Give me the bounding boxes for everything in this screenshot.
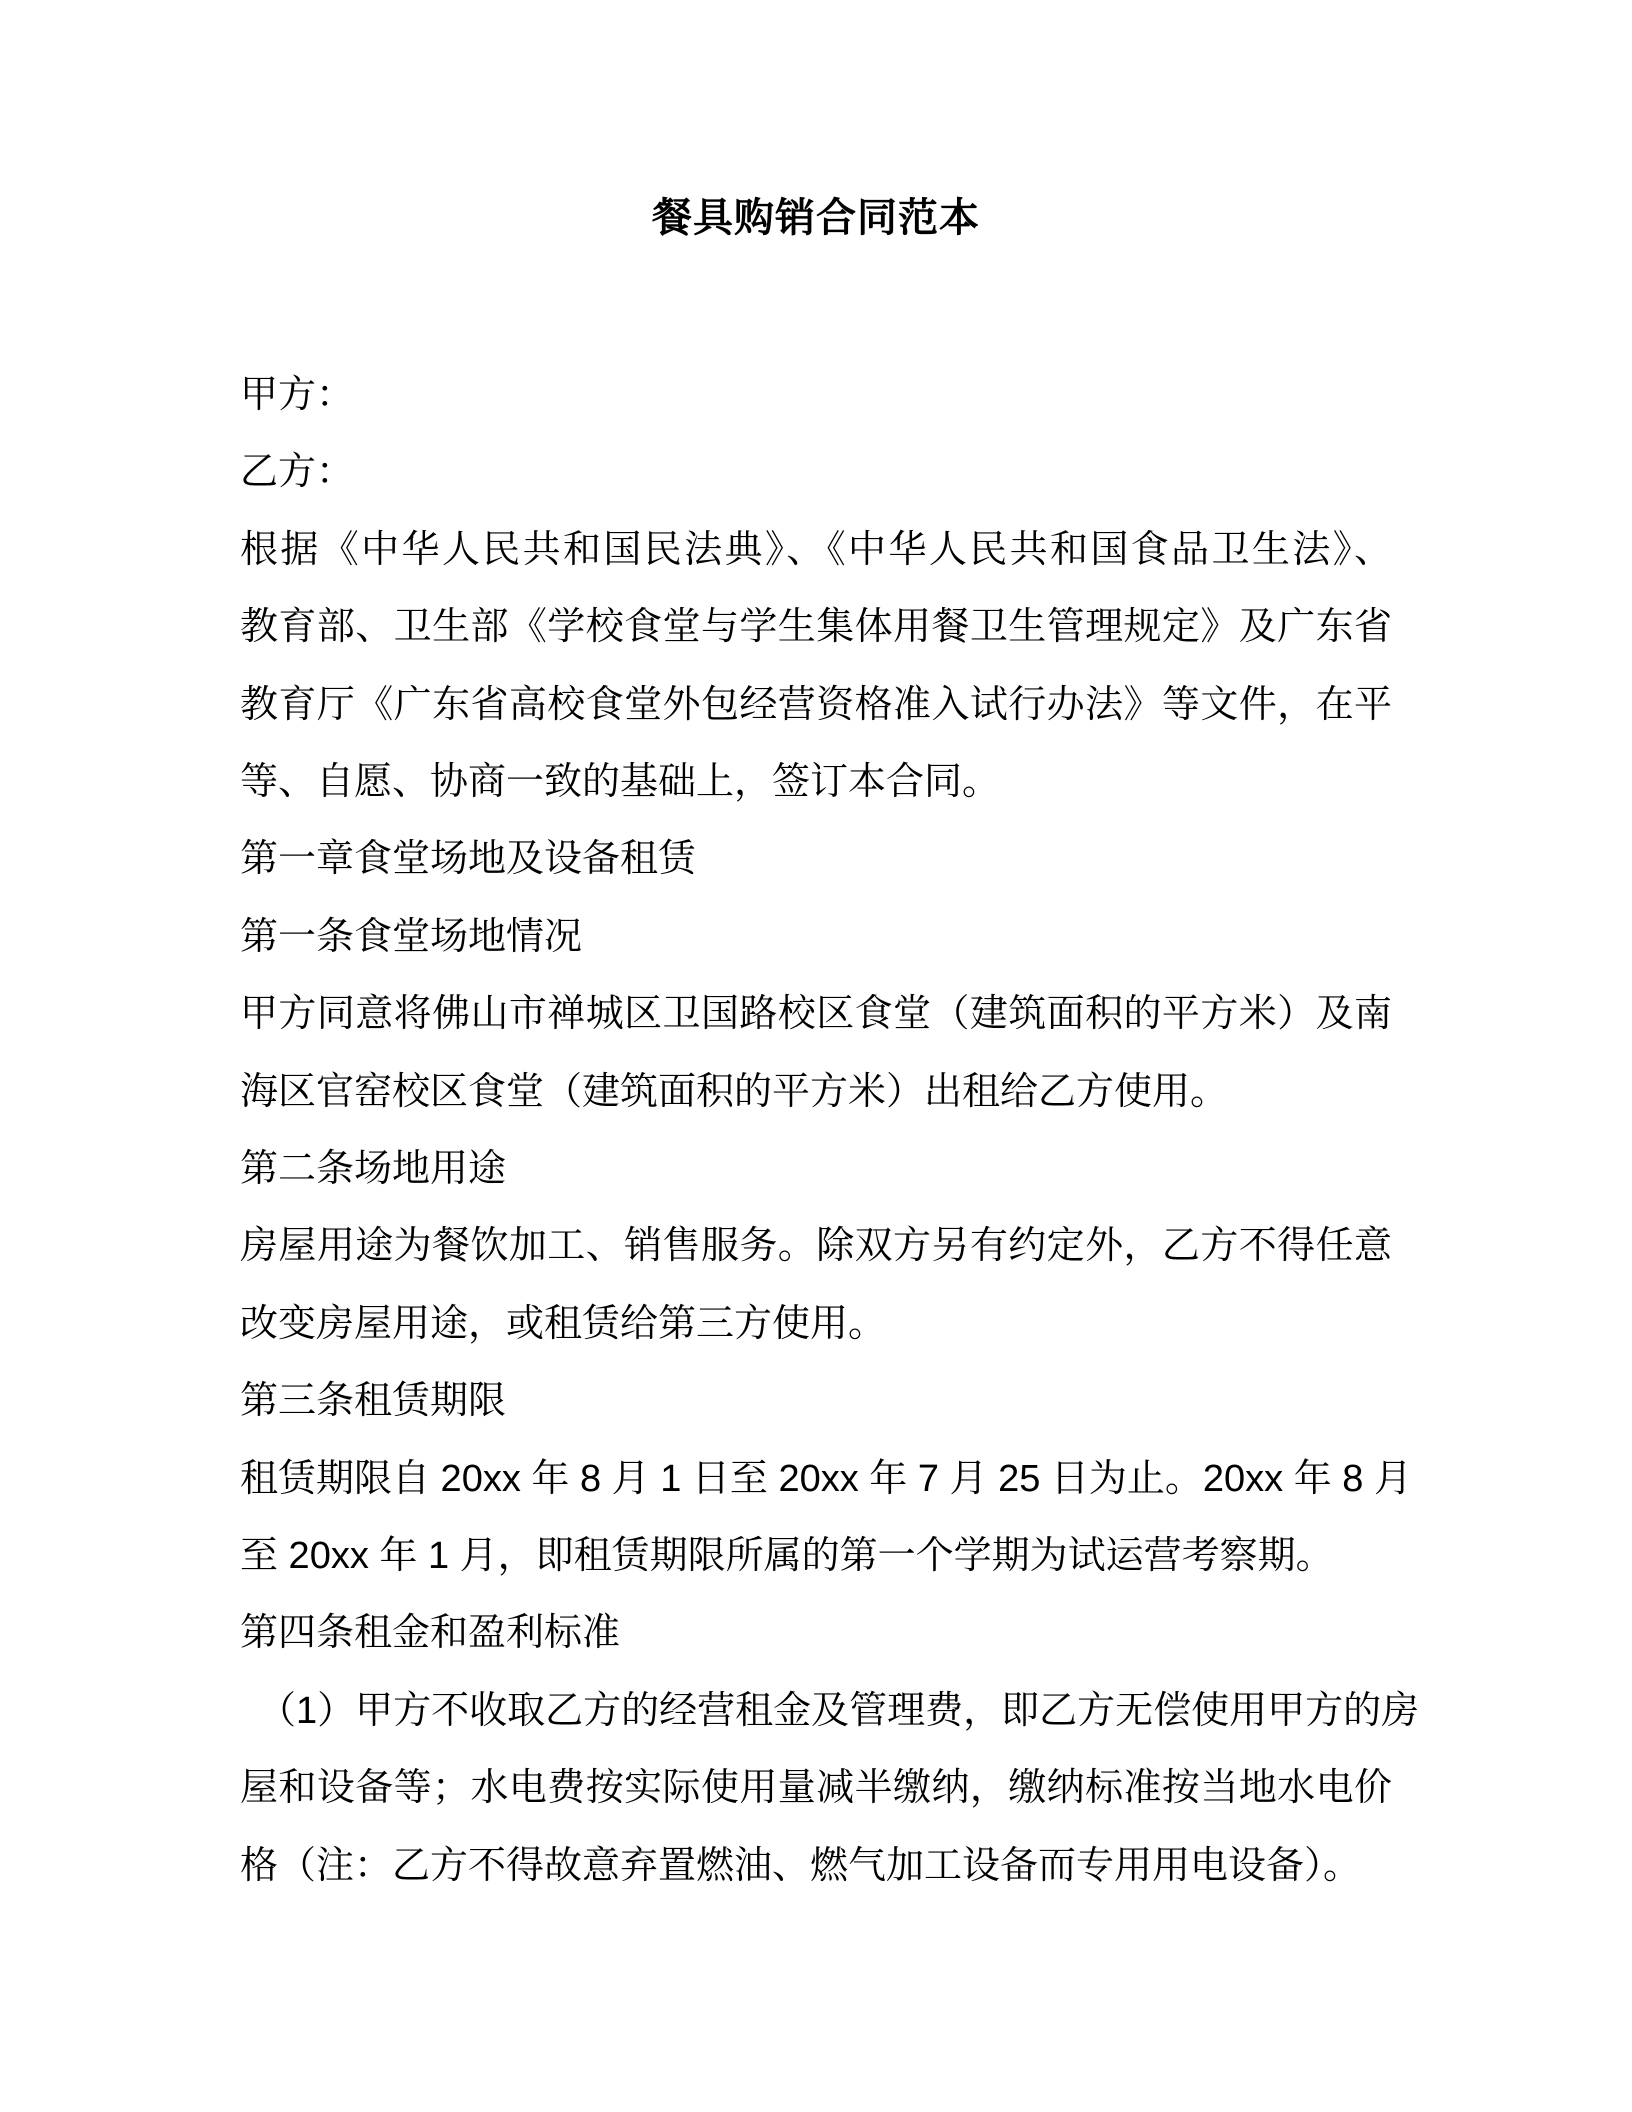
document-body: 甲方：乙方：根据《中华人民共和国民法典》、《中华人民共和国食品卫生法》、教育部、… bbox=[0, 0, 1632, 2112]
document-line: 第一条食堂场地情况 bbox=[240, 916, 1392, 960]
document-line: 甲方同意将佛山市禅城区卫国路校区食堂（建筑面积的平方米）及南 bbox=[240, 993, 1392, 1037]
document-line: 第二条场地用途 bbox=[240, 1148, 1392, 1192]
document-line: 第四条租金和盈利标准 bbox=[240, 1612, 1392, 1656]
document-line: 房屋用途为餐饮加工、销售服务。除双方另有约定外，乙方不得任意 bbox=[240, 1225, 1392, 1269]
document-line: 教育部、卫生部《学校食堂与学生集体用餐卫生管理规定》及广东省 bbox=[240, 606, 1392, 650]
document-line: 教育厅《广东省高校食堂外包经营资格准入试行办法》等文件，在平 bbox=[240, 684, 1392, 728]
document-line: 乙方： bbox=[240, 451, 1392, 495]
document-line: 格（注：乙方不得故意弃置燃油、燃气加工设备而专用用电设备）。 bbox=[240, 1845, 1392, 1889]
document-line: 甲方： bbox=[240, 374, 1392, 418]
document-line: 第一章食堂场地及设备租赁 bbox=[240, 838, 1392, 882]
document-line: 等、自愿、协商一致的基础上，签订本合同。 bbox=[240, 761, 1392, 805]
document-line: 租赁期限自 20xx 年 8 月 1 日至 20xx 年 7 月 25 日为止。… bbox=[240, 1458, 1392, 1502]
document-line: 至 20xx 年 1 月，即租赁期限所属的第一个学期为试运营考察期。 bbox=[240, 1535, 1392, 1579]
document-line: 第三条租赁期限 bbox=[240, 1380, 1392, 1424]
document-line: 海区官窑校区食堂（建筑面积的平方米）出租给乙方使用。 bbox=[240, 1071, 1392, 1115]
document-line: 根据《中华人民共和国民法典》、《中华人民共和国食品卫生法》、 bbox=[240, 529, 1392, 573]
document-line: （1）甲方不收取乙方的经营租金及管理费，即乙方无偿使用甲方的房 bbox=[258, 1690, 1392, 1734]
document-line: 屋和设备等；水电费按实际使用量减半缴纳，缴纳标准按当地水电价 bbox=[240, 1767, 1392, 1811]
contract-page: 餐具购销合同范本 甲方：乙方：根据《中华人民共和国民法典》、《中华人民共和国食品… bbox=[0, 0, 1632, 2112]
document-line: 改变房屋用途，或租赁给第三方使用。 bbox=[240, 1303, 1392, 1347]
